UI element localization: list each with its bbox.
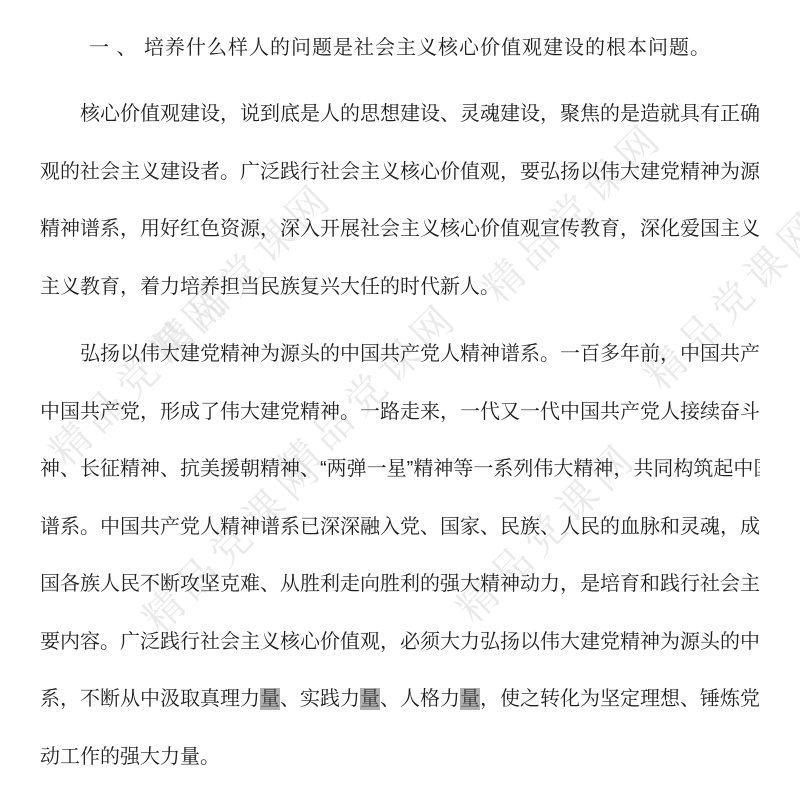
text-line: 观的社会主义建设者。广泛践行社会主义核心价值观，要弘扬以伟大建党精神为源头的中国…: [40, 144, 760, 202]
text-line: 神、长征精神、抗美援朝精神、“两弹一星”精神等一系列伟大精神，共同构筑起中国共产…: [40, 441, 760, 499]
text-segment: ，使之转化为坚定理想、锤炼党性、指导实践、推: [480, 688, 760, 710]
text-line: 核心价值观建设，说到底是人的思想建设、灵魂建设，聚焦的是造就具有正确世界观人生观…: [40, 86, 760, 144]
document-page: 精品党课网精品党课网精品党课网精品党课网精品党课网精品党课网精品党课网 一 、 …: [0, 0, 800, 800]
text-segment: 、实践力: [280, 688, 360, 710]
paragraph: 弘扬以伟大建党精神为源头的中国共产党人精神谱系。一百多年前，中国共产党的先驱们创…: [40, 326, 760, 786]
highlighted-char: 量: [260, 688, 280, 710]
document-content: 一 、 培养什么样人的问题是社会主义核心价值观建设的根本问题。 核心价值观建设，…: [0, 0, 800, 786]
text-segment: 核心价值观建设，说到底是人的思想建设、灵魂建设，聚焦的是造就具有正确世界观人生观…: [40, 103, 760, 125]
text-segment: 动工作的强大力量。: [40, 746, 220, 768]
paragraph: 核心价值观建设，说到底是人的思想建设、灵魂建设，聚焦的是造就具有正确世界观人生观…: [40, 86, 760, 316]
text-segment: 精神谱系，用好红色资源，深入开展社会主义核心价值观宣传教育，深化爱国主义、集体主…: [40, 218, 760, 240]
text-line: 主义教育，着力培养担当民族复兴大任的时代新人。: [40, 259, 760, 317]
text-segment: 神、长征精神、抗美援朝精神、“两弹一星”精神等一系列伟大精神，共同构筑起中国共产…: [40, 458, 760, 480]
highlighted-char: 量: [360, 688, 380, 710]
text-segment: 弘扬以伟大建党精神为源头的中国共产党人精神谱系。一百多年前，中国共产党的先驱们创…: [40, 343, 760, 365]
text-segment: 观的社会主义建设者。广泛践行社会主义核心价值观，要弘扬以伟大建党精神为源头的中国…: [40, 161, 760, 183]
text-segment: 要内容。广泛践行社会主义核心价值观，必须大力弘扬以伟大建党精神为源头的中国共产党…: [40, 631, 760, 653]
text-segment: 系，不断从中汲取真理力: [40, 688, 260, 710]
text-line: 精神谱系，用好红色资源，深入开展社会主义核心价值观宣传教育，深化爱国主义、集体主…: [40, 201, 760, 259]
document-title: 一 、 培养什么样人的问题是社会主义核心价值观建设的根本问题。: [40, 38, 760, 58]
text-line: 中国共产党，形成了伟大建党精神。一路走来，一代又一代中国共产党人接续奋斗，铸就了…: [40, 384, 760, 442]
text-segment: 主义教育，着力培养担当民族复兴大任的时代新人。: [40, 276, 500, 298]
text-segment: 国各族人民不断攻坚克难、从胜利走向胜利的强大精神动力，是培育和践行社会主义核心价…: [40, 573, 760, 595]
text-segment: 中国共产党，形成了伟大建党精神。一路走来，一代又一代中国共产党人接续奋斗，铸就了…: [40, 401, 760, 423]
text-line: 国各族人民不断攻坚克难、从胜利走向胜利的强大精神动力，是培育和践行社会主义核心价…: [40, 556, 760, 614]
document-body: 核心价值观建设，说到底是人的思想建设、灵魂建设，聚焦的是造就具有正确世界观人生观…: [40, 86, 760, 786]
text-line: 弘扬以伟大建党精神为源头的中国共产党人精神谱系。一百多年前，中国共产党的先驱们创…: [40, 326, 760, 384]
text-segment: 谱系。中国共产党人精神谱系已深深融入党、国家、民族、人民的血脉和灵魂，成为激励全…: [40, 516, 760, 538]
text-segment: 、人格力: [380, 688, 460, 710]
text-line: 要内容。广泛践行社会主义核心价值观，必须大力弘扬以伟大建党精神为源头的中国共产党…: [40, 614, 760, 672]
text-line: 系，不断从中汲取真理力量、实践力量、人格力量，使之转化为坚定理想、锤炼党性、指导…: [40, 671, 760, 729]
text-line: 动工作的强大力量。: [40, 729, 760, 787]
highlighted-char: 量: [460, 688, 480, 710]
text-line: 谱系。中国共产党人精神谱系已深深融入党、国家、民族、人民的血脉和灵魂，成为激励全…: [40, 499, 760, 557]
